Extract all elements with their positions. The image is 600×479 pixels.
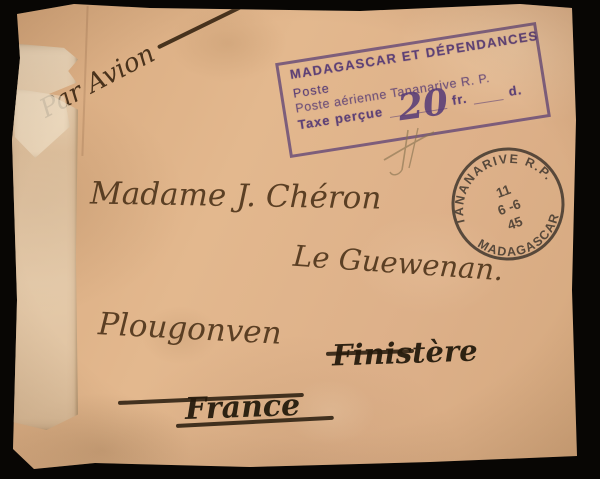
postmark-year: 45	[505, 213, 525, 232]
francs-label: fr.	[451, 91, 468, 108]
decimes-label: d.	[507, 82, 523, 99]
pencil-squiggle	[378, 124, 442, 180]
address-recipient: Madame J. Chéron	[90, 175, 382, 216]
tananarive-datestamp: TANANARIVE R.P. MADAGASCAR 11 6 -6 45	[446, 142, 570, 266]
address-commune: Plougonven	[97, 306, 282, 352]
par-avion-flourish	[157, 4, 245, 49]
manuscript-taxe-value: 20	[395, 81, 450, 130]
taxe-blank-d	[474, 99, 504, 105]
envelope: Par Avion MADAGASCAR ET DÉPENDANCES Post…	[0, 0, 600, 479]
